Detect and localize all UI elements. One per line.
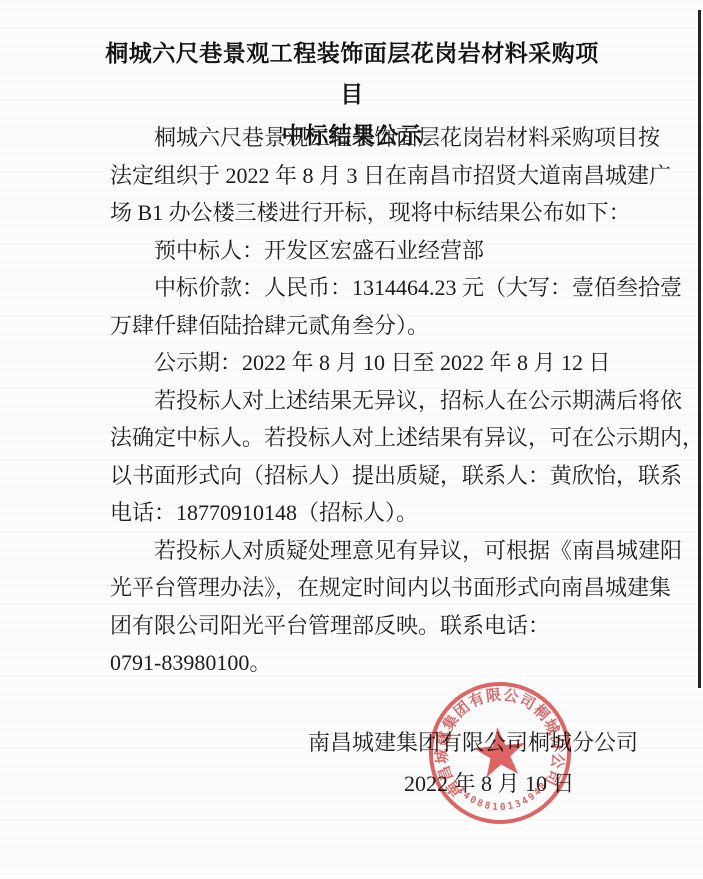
- scan-artifact-line: [698, 10, 701, 688]
- document-body: 桐城六尺巷景观工程装饰面层花岗岩材料采购项目按法定组织于 2022 年 8 月 …: [110, 119, 610, 682]
- document-line: 场 B1 办公楼三楼进行开标，现将中标结果公布如下：: [110, 194, 610, 232]
- document-line: 桐城六尺巷景观工程装饰面层花岗岩材料采购项目按: [110, 119, 610, 157]
- document-line: 电话：18770910148（招标人）。: [110, 494, 610, 532]
- document-line: 中标价款：人民币：1314464.23 元（大写：壹佰叁拾壹: [110, 269, 610, 307]
- document-line: 公示期：2022 年 8 月 10 日至 2022 年 8 月 12 日: [110, 344, 610, 382]
- document-line: 若投标人对上述结果无异议，招标人在公示期满后将依: [110, 382, 610, 420]
- document-line: 法定组织于 2022 年 8 月 3 日在南昌市招贤大道南昌城建广: [110, 157, 610, 195]
- document-line: 万肆仟肆佰陆拾肆元贰角叁分）。: [110, 307, 610, 345]
- document-line: 光平台管理办法》，在规定时间内以书面形式向南昌城建集: [110, 569, 610, 607]
- seal-star-icon: [472, 724, 528, 778]
- document-title-line: 桐城六尺巷景观工程装饰面层花岗岩材料采购项目: [104, 33, 600, 115]
- document-line: 若投标人对质疑处理意见有异议，可根据《南昌城建阳: [110, 532, 610, 570]
- announcement-document: 桐城六尺巷景观工程装饰面层花岗岩材料采购项目中标结果公示 桐城六尺巷景观工程装饰…: [0, 0, 703, 879]
- document-line: 法确定中标人。若投标人对上述结果有异议，可在公示期内，: [110, 419, 610, 457]
- document-line: 预中标人：开发区宏盛石业经营部: [110, 232, 610, 270]
- document-line: 以书面形式向（招标人）提出质疑，联系人：黄欣怡，联系: [110, 457, 610, 495]
- official-seal: 南昌城建集团有限公司桐城分公司 3408810134948: [418, 671, 583, 836]
- document-line: 团有限公司阳光平台管理部反映。联系电话：: [110, 607, 610, 645]
